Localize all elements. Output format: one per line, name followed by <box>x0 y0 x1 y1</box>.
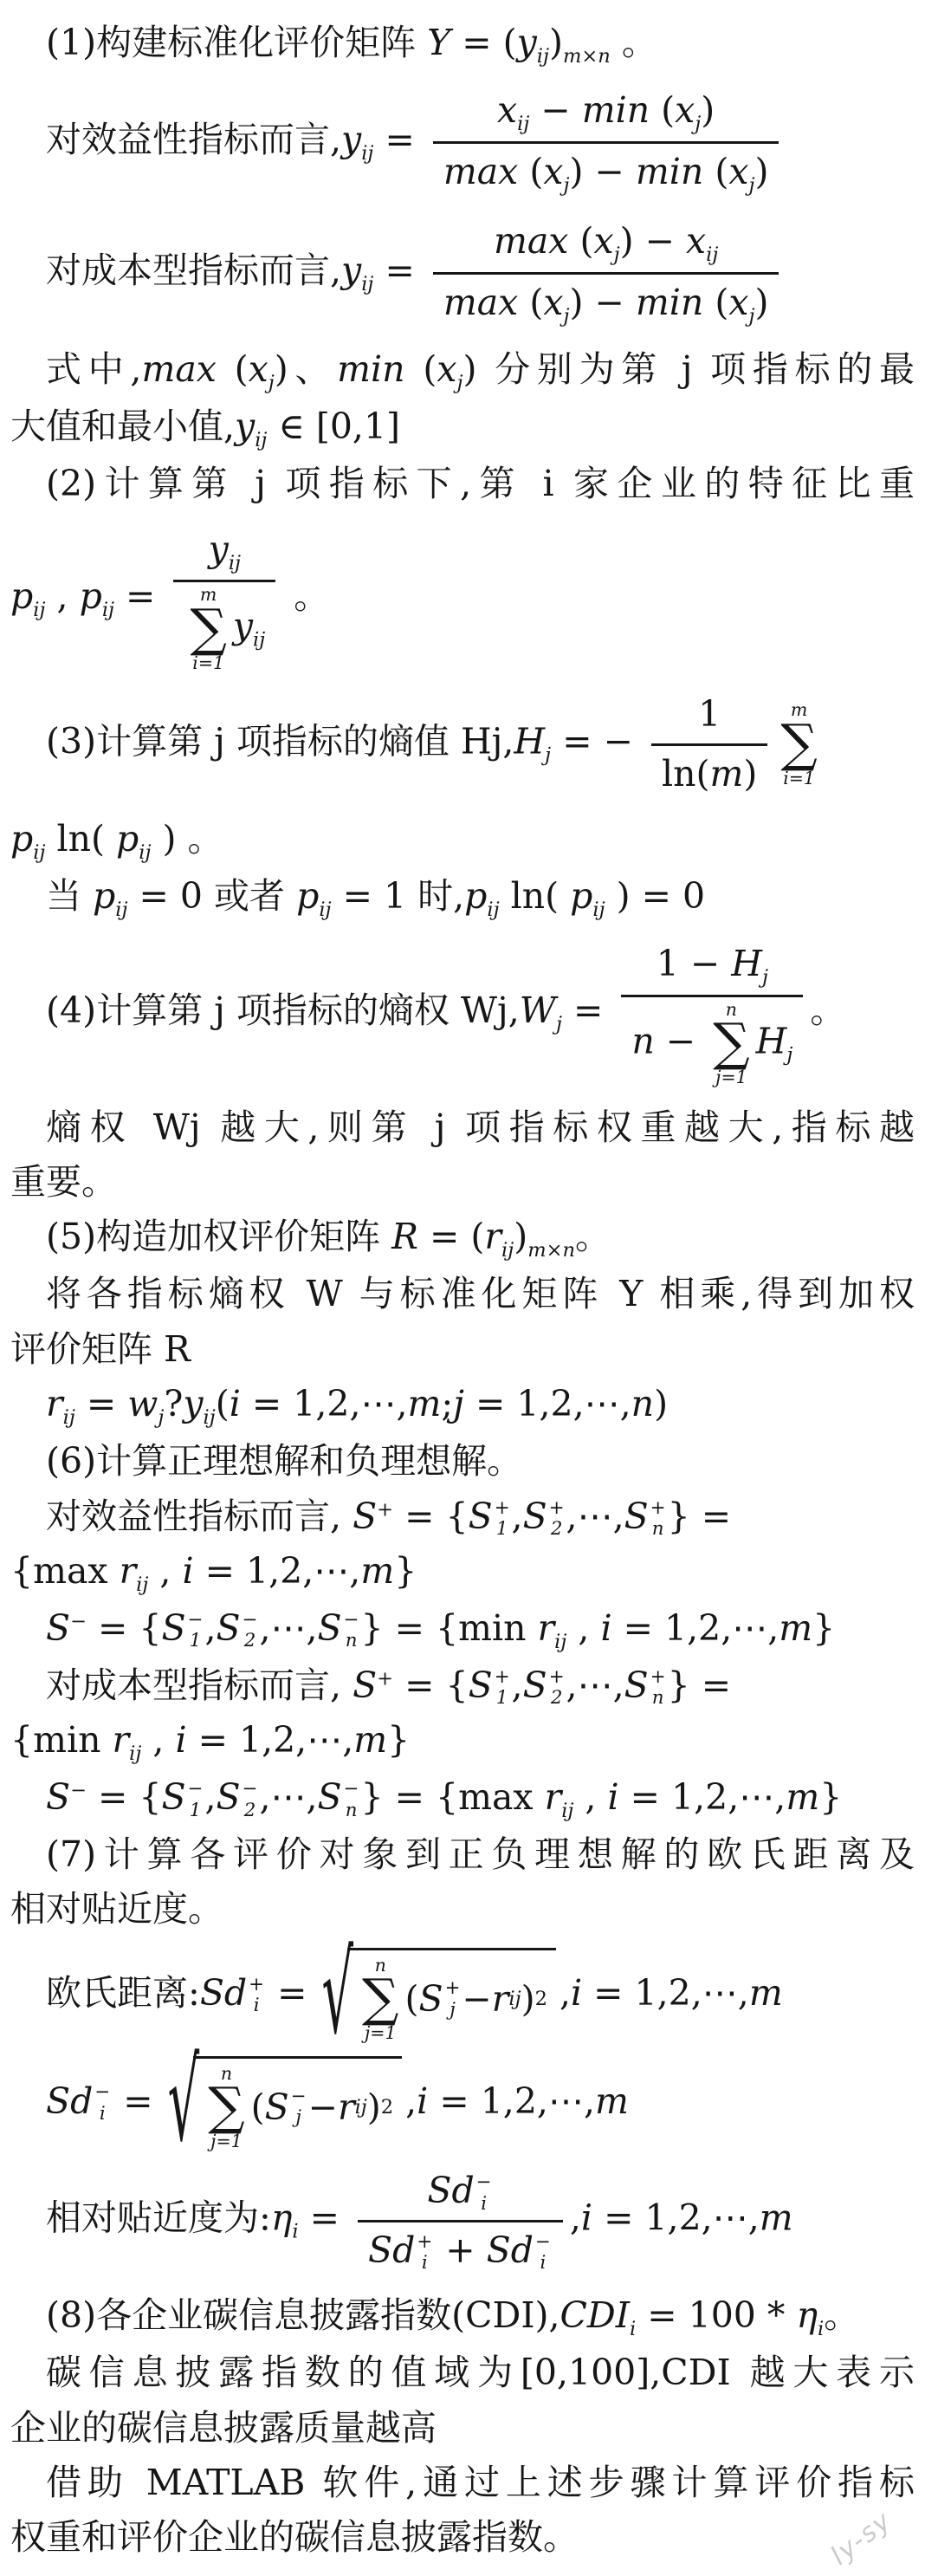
math-radical: √n∑j=1(S−j − rij)2 <box>168 2056 403 2152</box>
math-var: x <box>437 348 456 390</box>
math-var: r <box>120 1550 137 1592</box>
sub-part: 1 <box>496 1519 508 1541</box>
sigma-symbol: ∑ <box>713 1020 749 1067</box>
math-var: i <box>182 1550 193 1592</box>
text-run: 。 <box>810 990 845 1031</box>
text-run: = ( <box>450 22 516 63</box>
text-run: ) 。 <box>152 818 223 860</box>
text-run: , <box>148 1550 182 1592</box>
math-sup: − <box>70 1610 87 1632</box>
text-run: 对效益性指标而言, <box>46 1496 353 1537</box>
math-sub: ij <box>487 899 499 921</box>
text-run: ) <box>514 1216 527 1257</box>
math-var: m <box>353 1719 387 1761</box>
text-run: , <box>405 2080 417 2121</box>
note-cdi-range-line2: 企业的碳信息披露质量越高 <box>10 2403 915 2454</box>
math-sub: ij <box>229 552 241 574</box>
math-var: p <box>296 875 319 917</box>
math-var: i <box>571 1972 582 2014</box>
math-var: x <box>543 151 563 192</box>
math-sub: ij <box>33 599 45 621</box>
math-fraction: xij − min (xj)max (xj) − min (xj) <box>433 85 779 200</box>
math-summation: n∑j=1 <box>713 1000 749 1088</box>
sub-part: j <box>295 2107 301 2129</box>
cost-positive-ideal-line2: {min rij , i = 1,2,⋯,m} <box>10 1715 915 1768</box>
math-sub: i <box>292 2221 298 2243</box>
step1-matrix-construction: (1)构建标准化评价矩阵 Y = (yij)m×n 。 <box>10 17 915 71</box>
math-var: x <box>728 151 748 192</box>
fraction-numerator: xij − min (xj) <box>433 85 779 141</box>
text-run: , <box>512 1496 523 1537</box>
math-var: w <box>127 1383 158 1424</box>
sub-part: 1 <box>190 1801 202 1822</box>
step7-distance-line1: (7)计算各评价对象到正负理想解的欧氏距离及 <box>10 1829 915 1880</box>
math-var: r <box>545 1776 562 1818</box>
text-run: 对成本型指标而言, <box>46 1664 353 1706</box>
text-run: ( <box>217 348 249 390</box>
text-run: ) <box>743 753 757 795</box>
text-run: ∈ [0,1] <box>267 406 400 447</box>
math-fraction: yijm∑i=1yij <box>173 524 275 674</box>
math-sub: ij <box>361 142 373 165</box>
sup-part: + <box>417 2232 432 2254</box>
text-run: ) = 0 <box>605 875 706 917</box>
math-var: i <box>175 1719 186 1761</box>
math-var: S <box>162 1776 186 1818</box>
math-var: x <box>497 89 517 131</box>
math-var: R <box>391 1216 418 1257</box>
step3-entropy-line2: pij ln( pij ) 。 <box>10 814 915 867</box>
sub-part: n <box>652 1688 664 1710</box>
text-run: = <box>373 250 425 291</box>
math-var: y <box>341 250 361 291</box>
math-var: S <box>523 1664 547 1706</box>
math-sub: ij <box>517 113 529 135</box>
math-sub: m×n <box>527 1240 575 1262</box>
math-var: y <box>233 606 253 647</box>
math-var: x <box>249 348 268 390</box>
math-supsub: −n <box>344 1779 359 1821</box>
document-page: (1)构建标准化评价矩阵 Y = (yij)m×n 。对效益性指标而言,yij … <box>0 0 925 2576</box>
step6-ideal-solutions: (6)计算正理想解和负理想解。 <box>10 1436 915 1487</box>
text-run: = <box>75 1383 127 1424</box>
text-run: = { <box>393 1496 469 1537</box>
math-var: Y <box>427 22 450 63</box>
math-var: min <box>636 151 703 192</box>
sub-part: 2 <box>551 1519 563 1541</box>
text-run: {max <box>10 1550 120 1592</box>
text-run: ,⋯, <box>259 1776 317 1818</box>
math-var: p <box>80 574 102 616</box>
note-weight-importance-line2: 重要。 <box>10 1157 915 1208</box>
math-var: x <box>686 220 706 262</box>
math-var: Sd <box>46 2080 93 2121</box>
sub-part: i <box>100 2104 106 2125</box>
text-run: − <box>308 2082 338 2133</box>
math-supsub: −1 <box>188 1610 204 1652</box>
formula-weighted-element: rij = wj?yij(i = 1,2,⋯,m;j = 1,2,⋯,n) <box>10 1379 915 1432</box>
sum-lower-limit: j=1 <box>365 2023 397 2044</box>
math-var: max <box>443 151 518 192</box>
text-run: } = <box>668 1664 731 1706</box>
math-sub: ij <box>355 2093 367 2122</box>
radical-content: n∑j=1(S+j − rij)2 <box>347 1948 556 2044</box>
math-var: min <box>636 282 703 323</box>
math-var: y <box>517 22 537 63</box>
math-var: H <box>731 943 762 984</box>
text-run: 。 <box>611 22 657 63</box>
math-var: S <box>353 1664 377 1706</box>
sigma-symbol: ∑ <box>362 1976 398 2023</box>
math-var: η <box>796 2294 818 2336</box>
math-var: S <box>46 1607 70 1649</box>
text-run: 重要。 <box>10 1161 117 1203</box>
text-run: } = <box>668 1496 731 1537</box>
math-summation: n∑j=1 <box>208 2064 244 2152</box>
text-run: = ( <box>418 1216 484 1257</box>
text-run: = 1,2,⋯, <box>464 1383 631 1424</box>
math-sub: ij <box>319 899 331 921</box>
text-run: , <box>45 574 79 616</box>
math-supsub: −2 <box>243 1779 258 1821</box>
text-run: ( <box>404 1974 418 2025</box>
text-run: 相对贴近度为: <box>46 2197 271 2239</box>
radical-content: n∑j=1(S−j − rij)2 <box>193 2056 402 2152</box>
math-sub: ij <box>204 1406 216 1429</box>
text-run: } = {max <box>361 1776 545 1818</box>
note-matlab-line1: 借助 MATLAB 软件,通过上述步骤计算评价指标 <box>10 2457 915 2508</box>
text-run: 大值和最小值, <box>10 406 235 447</box>
benefit-negative-ideal: S− = {S−1,S−2,⋯,S−n} = {min rij , i = 1,… <box>10 1603 915 1657</box>
text-run: ln( <box>662 753 710 795</box>
text-run: (2)计算第 j 项指标下,第 i 家企业的特征比重 <box>46 463 915 504</box>
text-run: = 1,2,⋯, <box>612 1607 779 1649</box>
note-max-min-line2: 大值和最小值,yij ∈ [0,1] <box>10 401 915 455</box>
text-run: = { <box>393 1664 469 1706</box>
math-var: S <box>624 1664 649 1706</box>
sup-part: − <box>243 1779 258 1801</box>
math-var: S <box>418 1974 443 2025</box>
math-supsub: +1 <box>495 1498 510 1541</box>
text-run: ) <box>549 22 563 63</box>
text-run: 1 <box>698 693 721 735</box>
sub-part: n <box>652 1519 664 1541</box>
text-run: = <box>373 119 425 160</box>
math-sub: ij <box>561 1800 573 1822</box>
math-var: r <box>46 1383 63 1424</box>
math-sub: ij <box>706 243 718 266</box>
math-var: S <box>318 1776 342 1818</box>
fraction-numerator: Sd−i <box>358 2165 563 2219</box>
text-run: 对效益性指标而言, <box>46 119 341 160</box>
note-p-zero-one: 当 pij = 0 或者 pij = 1 时,pij ln( pij ) = 0 <box>10 871 915 925</box>
sup-part: + <box>495 1667 510 1689</box>
math-sup: + <box>377 1667 393 1690</box>
math-sub: ij <box>136 1574 148 1596</box>
text-run: (3)计算第 j 项指标的熵值 Hj, <box>46 721 514 762</box>
step5-weighted-matrix: (5)构造加权评价矩阵 R = (rij)m×n。 <box>10 1211 915 1265</box>
math-var: S <box>469 1496 493 1537</box>
text-run: ) − <box>620 220 686 262</box>
text-run: (8)各企业碳信息披露指数(CDI), <box>46 2294 560 2336</box>
math-sub: ij <box>255 429 267 451</box>
math-var: i <box>230 1383 241 1424</box>
math-var: max <box>494 220 568 262</box>
math-radical: √n∑j=1(S+j − rij)2 <box>321 1948 556 2044</box>
sub-part: 1 <box>190 1631 202 1652</box>
text-run: ,⋯, <box>259 1607 317 1649</box>
math-var: S <box>523 1496 547 1537</box>
math-var: p <box>570 875 592 917</box>
text-run: 当 <box>46 875 93 917</box>
math-sup: − <box>70 1779 87 1801</box>
text-run: = 1,2,⋯, <box>592 2197 760 2239</box>
math-supsub: −n <box>344 1610 359 1652</box>
text-run: 企业的碳信息披露质量越高 <box>10 2407 437 2449</box>
math-var: n <box>631 1383 654 1424</box>
text-run: ( <box>518 151 543 192</box>
sup-part: − <box>94 2082 110 2104</box>
text-run: 欧氏距离: <box>46 1972 200 2014</box>
text-run: + <box>434 2229 486 2271</box>
fraction-denominator: max (xj) − min (xj) <box>433 272 779 331</box>
math-sub: ij <box>361 273 373 295</box>
step8-cdi: (8)各企业碳信息披露指数(CDI),CDIi = 100 * ηi。 <box>10 2290 915 2344</box>
math-supsub: −j <box>291 2086 307 2129</box>
math-var: m <box>786 1776 819 1818</box>
text-run: − <box>462 1974 491 2025</box>
math-supsub: +n <box>650 1498 666 1541</box>
math-summation: m∑i=1 <box>780 700 817 788</box>
sigma-symbol: ∑ <box>190 606 226 653</box>
sub-part: i <box>540 2253 547 2274</box>
text-run: ) <box>521 1974 535 2025</box>
math-supsub: −1 <box>188 1779 204 1821</box>
text-run: 将各指标熵权 W 与标准化矩阵 Y 相乘,得到加权 <box>46 1273 915 1314</box>
formula-cost-indicator: 对成本型指标而言,yij = max (xj) − xijmax (xj) − … <box>10 214 915 333</box>
fraction-numerator: 1 − Hj <box>621 938 803 995</box>
fraction-denominator: Sd+i + Sd−i <box>358 2220 563 2276</box>
sup-part: + <box>650 1667 666 1689</box>
math-supsub: +j <box>445 1978 461 2021</box>
sup-part: − <box>243 1610 258 1632</box>
math-sub: ij <box>115 899 127 921</box>
math-var: p <box>93 875 115 917</box>
math-sup: 2 <box>535 1985 547 2014</box>
math-supsub: −2 <box>243 1610 258 1652</box>
math-var: y <box>341 119 361 160</box>
math-sub: j <box>556 1013 562 1035</box>
note-matlab-line2: 权重和评价企业的碳信息披露指数。 <box>10 2512 915 2563</box>
text-run: − <box>529 89 581 131</box>
math-var: S <box>162 1607 186 1649</box>
math-var: y <box>209 529 229 570</box>
note-weighted-matrix-line2: 评价矩阵 R <box>10 1324 915 1375</box>
math-var: m <box>749 1972 783 2014</box>
math-sub: ij <box>501 1240 514 1262</box>
math-sub: m×n <box>563 45 611 68</box>
sup-part: − <box>344 1779 359 1801</box>
text-run: 。 <box>282 574 329 616</box>
sigma-symbol: ∑ <box>208 2084 244 2132</box>
math-sub: ij <box>592 899 605 921</box>
text-run: )、 <box>275 348 337 390</box>
math-sub: j <box>786 1043 792 1066</box>
text-run: 式中, <box>46 348 141 390</box>
math-var: p <box>10 818 33 860</box>
math-fraction: 1ln(m) <box>651 689 767 800</box>
text-run: ( <box>216 1383 230 1424</box>
step3-entropy-line1: (3)计算第 j 项指标的熵值 Hj,Hj = − 1ln(m)m∑i=1 <box>10 687 915 801</box>
text-run: (7)计算各评价对象到正负理想解的欧氏距离及 <box>46 1833 915 1875</box>
math-supsub: +2 <box>549 1498 565 1541</box>
text-run: (5)构造加权评价矩阵 <box>46 1216 391 1257</box>
math-sub: ij <box>537 45 549 68</box>
fraction-denominator: ln(m) <box>651 743 767 800</box>
math-var: S <box>624 1496 649 1537</box>
text-run: , <box>204 1607 216 1649</box>
math-var: x <box>593 220 613 262</box>
math-var: r <box>338 2082 355 2133</box>
math-var: S <box>46 1776 70 1818</box>
note-weight-importance-line1: 熵权 Wj 越大,则第 j 项指标权重越大,指标越 <box>10 1102 915 1153</box>
text-run: ( <box>703 282 728 323</box>
math-var: CDI <box>560 2294 630 2336</box>
text-run: ln( <box>500 875 571 917</box>
math-var: x <box>728 282 748 323</box>
text-run: ) − <box>569 151 635 192</box>
fraction-denominator: m∑i=1yij <box>173 580 275 673</box>
text-run: ( <box>703 151 728 192</box>
math-supsub: +1 <box>495 1667 510 1710</box>
text-run: = 1 时, <box>332 875 465 917</box>
math-var: H <box>756 1020 787 1061</box>
math-fraction: max (xj) − xijmax (xj) − min (xj) <box>433 216 779 331</box>
math-var: r <box>113 1719 130 1761</box>
radical-symbol: √ <box>168 2021 200 2183</box>
text-run: (1)构建标准化评价矩阵 <box>46 22 427 63</box>
text-run: 。 <box>575 1216 611 1257</box>
math-sub: ij <box>63 1406 75 1429</box>
sup-part: − <box>188 1779 204 1801</box>
text-run: = <box>112 2080 164 2121</box>
text-run: , <box>570 2197 581 2239</box>
math-sub: j <box>614 243 620 266</box>
sub-part: 1 <box>496 1688 508 1710</box>
sub-part: i <box>422 2253 428 2274</box>
math-var: i <box>600 1607 611 1649</box>
benefit-positive-ideal-line1: 对效益性指标而言, S+ = {S+1,S+2,⋯,S+n} = <box>10 1491 915 1542</box>
text-run: = 100 * <box>636 2294 796 2336</box>
math-var: S <box>318 1607 342 1649</box>
sub-part: 2 <box>244 1801 256 1822</box>
text-run: 熵权 Wj 越大,则第 j 项指标权重越大,指标越 <box>46 1106 915 1148</box>
text-run: 。 <box>824 2294 859 2336</box>
math-sub: ij <box>33 841 45 864</box>
math-supsub: −i <box>476 2172 492 2215</box>
sum-lower-limit: j=1 <box>715 1067 747 1088</box>
math-sub: j <box>762 966 768 989</box>
fraction-denominator: max (xj) − min (xj) <box>433 141 779 200</box>
math-var: i <box>581 2197 592 2239</box>
fraction-numerator: max (xj) − xij <box>433 216 779 272</box>
math-var: y <box>235 406 255 447</box>
text-run: ) <box>701 89 715 131</box>
math-supsub: +i <box>417 2232 432 2274</box>
math-var: r <box>492 1974 509 2025</box>
formula-closeness: 相对贴近度为:ηi = Sd−iSd+i + Sd−i,i = 1,2,⋯,m <box>10 2164 915 2278</box>
sup-part: + <box>495 1498 510 1520</box>
text-run: ) 分别为第 j 项指标的最 <box>462 348 915 390</box>
formula-feature-weight: pij , pij = yijm∑i=1yij 。 <box>10 522 915 676</box>
math-supsub: +n <box>650 1667 666 1710</box>
text-run: ) − <box>569 282 635 323</box>
sup-part: + <box>549 1667 565 1689</box>
math-var: m <box>595 2080 629 2121</box>
math-var: S <box>217 1607 241 1649</box>
math-var: r <box>538 1607 555 1649</box>
math-sub: ij <box>102 599 114 621</box>
math-var: x <box>675 89 695 131</box>
text-run: ( <box>251 2082 265 2133</box>
text-run: } <box>819 1776 842 1818</box>
sup-part: − <box>344 1610 359 1632</box>
sum-lower-limit: i=1 <box>783 769 815 789</box>
text-run: , <box>141 1719 175 1761</box>
text-run: 1 − <box>657 943 732 984</box>
math-var: m <box>779 1607 812 1649</box>
sum-lower-limit: j=1 <box>210 2132 243 2152</box>
math-var: S <box>469 1664 493 1706</box>
math-sub: ij <box>253 629 265 652</box>
sigma-symbol: ∑ <box>780 721 817 769</box>
text-run: 相对贴近度。 <box>10 1888 223 1930</box>
text-run: = 1,2,⋯, <box>187 1719 354 1761</box>
benefit-positive-ideal-line2: {max rij , i = 1,2,⋯,m} <box>10 1546 915 1599</box>
text-run: = <box>266 1972 318 2014</box>
math-supsub: −i <box>535 2232 551 2274</box>
math-supsub: +i <box>249 1975 264 2017</box>
math-var: p <box>10 574 33 616</box>
math-sup: + <box>377 1498 393 1521</box>
sup-part: − <box>188 1610 204 1632</box>
math-var: H <box>514 721 545 762</box>
math-sub: ij <box>129 1742 141 1765</box>
text-run: {min <box>10 1719 113 1761</box>
text-run: } <box>812 1607 835 1649</box>
math-var: m <box>408 1383 442 1424</box>
math-var: m <box>709 753 743 795</box>
cost-negative-ideal: S− = {S−1,S−2,⋯,S−n} = {max rij , i = 1,… <box>10 1772 915 1826</box>
sup-part: − <box>535 2232 551 2254</box>
math-var: W <box>520 990 556 1031</box>
text-run: ? <box>164 1383 183 1424</box>
text-run: (4)计算第 j 项指标的熵权 Wj, <box>46 990 520 1031</box>
math-var: S <box>353 1496 377 1537</box>
math-var: j <box>453 1383 464 1424</box>
text-run: = 0 或者 <box>128 875 297 917</box>
text-run: = 1,2,⋯, <box>241 1383 408 1424</box>
text-run: = <box>114 574 166 616</box>
sub-part: n <box>346 1631 358 1652</box>
math-var: i <box>417 2080 428 2121</box>
math-var: p <box>116 818 139 860</box>
text-run: } <box>387 1719 410 1761</box>
sup-part: + <box>549 1498 565 1520</box>
math-var: i <box>608 1776 619 1818</box>
cost-positive-ideal-line1: 对成本型指标而言, S+ = {S+1,S+2,⋯,S+n} = <box>10 1660 915 1711</box>
text-run: ( <box>650 89 675 131</box>
